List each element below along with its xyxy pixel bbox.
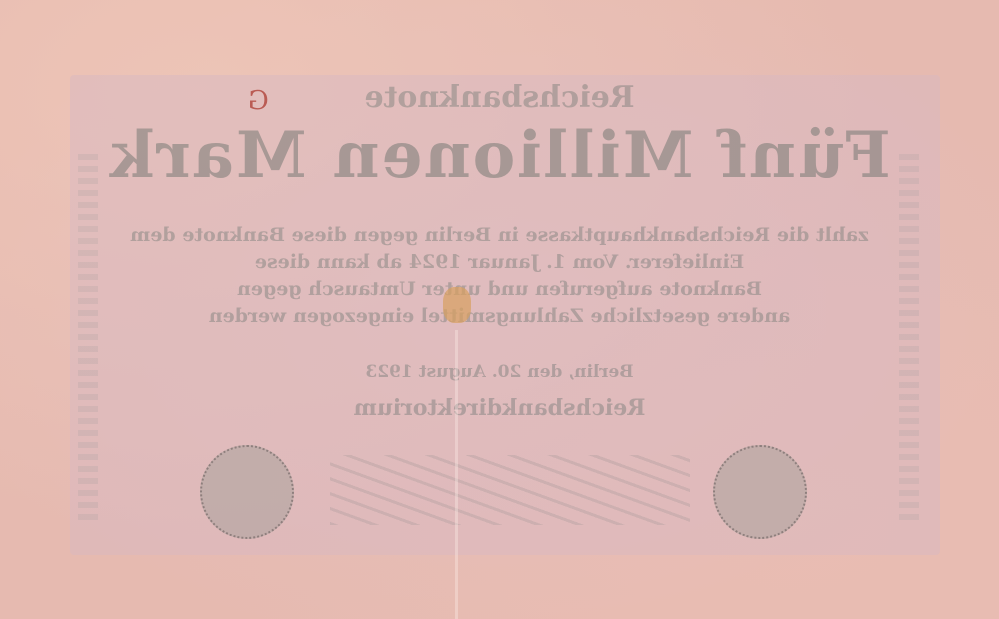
signatures (330, 455, 690, 525)
body-text: zahlt die Reichsbankhauptkasse in Berlin… (0, 222, 999, 330)
body-line: Banknote aufgerufen und unter Umtausch g… (0, 276, 999, 303)
right-seal-icon (713, 445, 807, 539)
body-line: Einlieferer. Vom 1. Januar 1924 ab kann … (0, 249, 999, 276)
body-line: andere gesetzliche Zahlungsmittel eingez… (0, 303, 999, 330)
left-seal-icon (200, 445, 294, 539)
body-line: zahlt die Reichsbankhauptkasse in Berlin… (0, 222, 999, 249)
fold-line (455, 330, 458, 619)
stain (443, 287, 471, 323)
denomination-text: Fünf Millionen Mark (0, 118, 999, 193)
issuer-text: Reichsbankdirektorium (0, 395, 999, 421)
date-text: Berlin, den 20. August 1923 (0, 362, 999, 382)
banknote-reverse: G Reichsbanknote Fünf Millionen Mark zah… (0, 0, 999, 619)
right-border-ornament (899, 150, 919, 520)
header-text: Reichsbanknote (0, 80, 999, 115)
left-border-ornament (78, 150, 98, 520)
